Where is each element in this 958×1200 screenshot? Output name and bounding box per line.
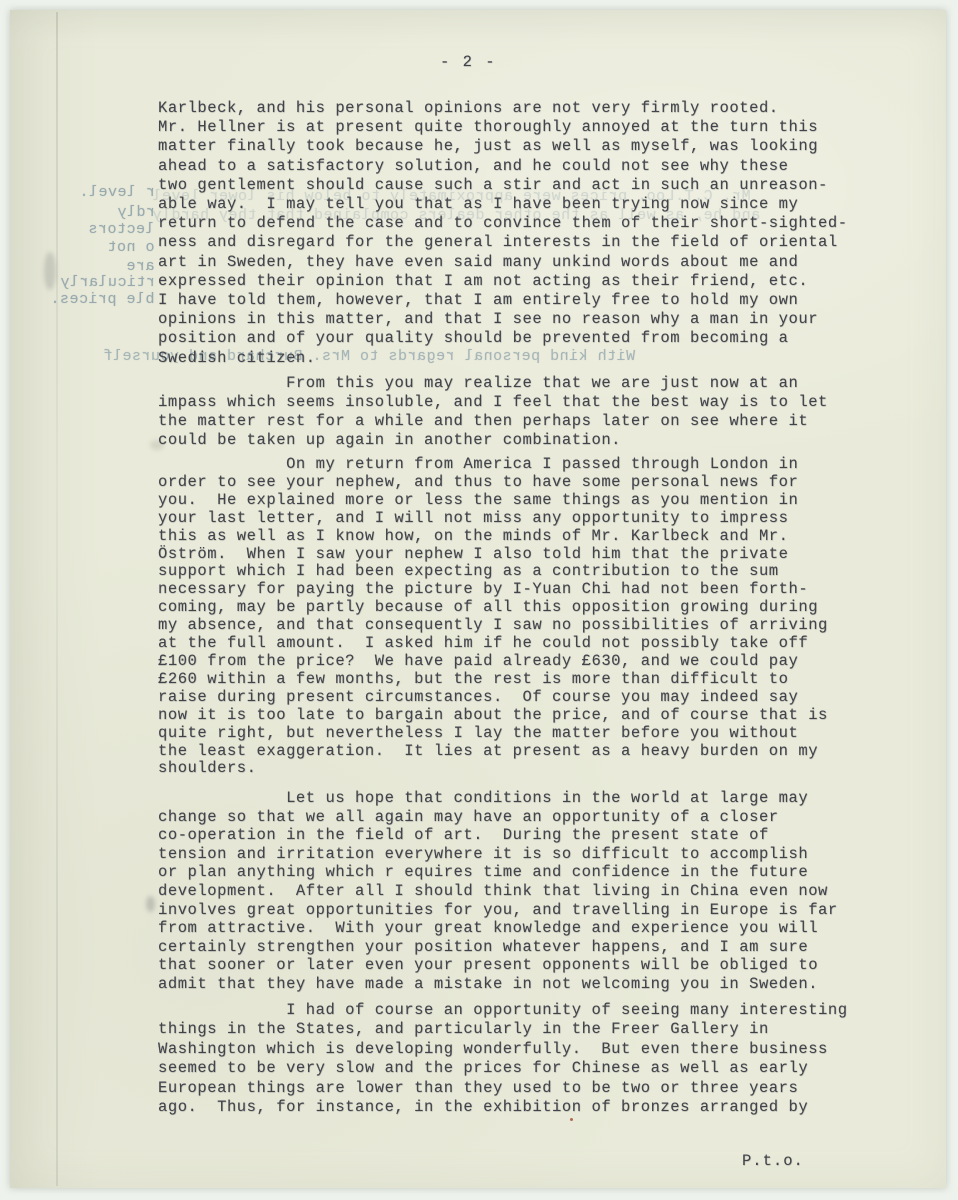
bleed-through-fragment: rticularly (60, 274, 155, 291)
bleed-through-fragment: are (126, 258, 155, 275)
scanned-letter-page-2: Mr. C.T.Loo, prices were approximately t… (0, 0, 958, 1200)
bleed-through-fragment: ble prices. (50, 291, 155, 308)
letter-paragraph: From this you may realize that we are ju… (158, 374, 882, 450)
ink-smudge (146, 896, 155, 912)
bleed-through-fragment: lectors (88, 221, 155, 238)
letter-paragraph: I had of course an opportunity of seeing… (158, 1001, 882, 1117)
vertical-fold-crease (56, 12, 58, 1186)
please-turn-over-note: P.t.o. (742, 1152, 804, 1170)
bleed-through-fragment: o not (107, 239, 155, 256)
red-speck (570, 1118, 573, 1121)
letter-paragraph: Let us hope that conditions in the world… (158, 789, 882, 994)
bleed-through-fragment: r level. (79, 184, 155, 201)
letter-paragraph: Karlbeck, and his personal opinions are … (158, 99, 882, 368)
ink-smudge (44, 252, 56, 290)
page-number: - 2 - (440, 53, 497, 71)
bleed-through-fragment: rdly (117, 204, 155, 221)
letter-paragraph: On my return from America I passed throu… (158, 456, 882, 778)
